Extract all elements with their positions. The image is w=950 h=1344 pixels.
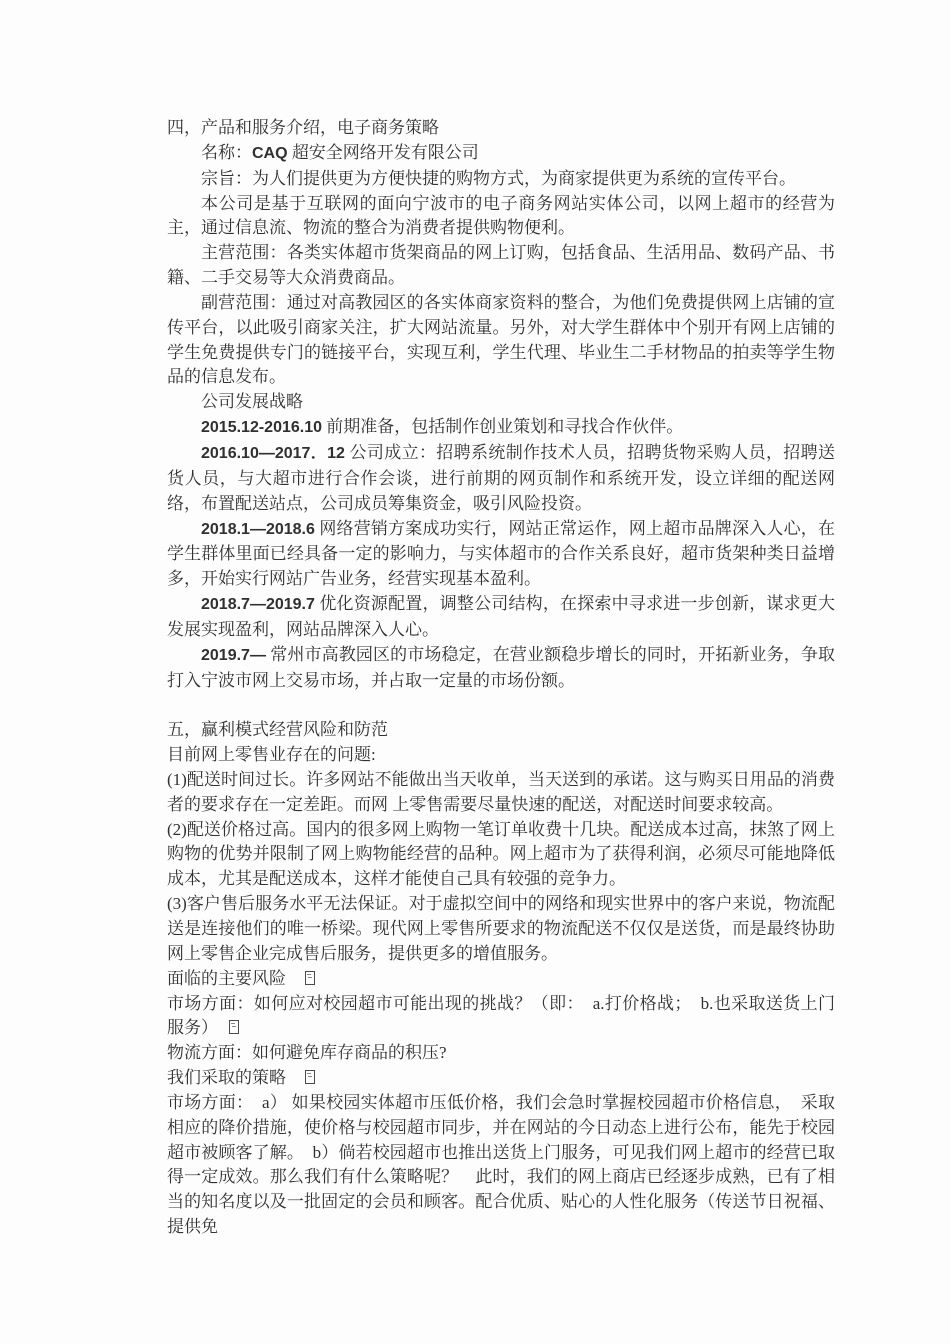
market-risk-paragraph: 市场方面：如何应对校园超市可能出现的挑战？（即： a.打价格战； b.也采取送货… <box>167 992 835 1042</box>
text-run: 2018.1—2018.6 <box>201 521 315 538</box>
document-body: 四，产品和服务介绍，电子商务策略名称：CAQ 超安全网络开发有限公司宗旨：为人们… <box>167 116 835 1240</box>
side-business-paragraph: 副营范围：通过对高教园区的各实体商家资料的整合，为他们免费提供网上店铺的宣传平台… <box>167 291 835 390</box>
milestone-2018a-paragraph: 2018.1—2018.6 网络营销方案成功实行，网站正常运作，网上超市品牌深入… <box>167 517 835 593</box>
main-business-paragraph: 主营范围：各类实体超市货架商品的网上订购，包括食品、生活用品、数码产品、书籍、二… <box>167 241 835 291</box>
our-strategy-subheading: 我们采取的策略 <box>167 1066 835 1091</box>
missing-char-box-icon <box>305 1070 315 1084</box>
milestone-2019-paragraph: 2019.7— 常州市高教园区的市场稳定，在营业额稳步增长的同时，开拓新业务，争… <box>167 643 835 694</box>
milestone-2015-paragraph: 2015.12-2016.10 前期准备，包括制作创业策划和寻找合作伙伴。 <box>167 415 835 441</box>
blank-line <box>167 693 835 718</box>
company-name-line: 名称：CAQ 超安全网络开发有限公司 <box>167 141 835 167</box>
text-run: (1)配送时间过长。许多网站不能做出当天收单，当天送到的承诺。这与购买日用品的消… <box>167 770 835 814</box>
text-run: 本公司是基于互联网的面向宁波市的电子商务网站实体公司，以网上超市的经营为主，通过… <box>167 194 835 238</box>
text-run: 前期准备，包括制作创业策划和寻找合作伙伴。 <box>322 417 683 436</box>
problems-intro-line: 目前网上零售业存在的问题: <box>167 743 835 768</box>
section-5-heading: 五，赢利模式经营风险和防范 <box>167 718 835 743</box>
text-run: 常州市高教园区的市场稳定，在营业额稳步增长的同时，开拓新业务，争取打入宁波市网上… <box>167 645 835 690</box>
text-run: 主营范围：各类实体超市货架商品的网上订购，包括食品、生活用品、数码产品、书籍、二… <box>167 243 835 287</box>
market-strategy-paragraph: 市场方面： a） 如果校园实体超市压低价格，我们会急时掌握校园超市价格信息， 采… <box>167 1091 835 1240</box>
text-run: 2015.12-2016.10 <box>201 419 322 436</box>
text-run: 副营范围：通过对高教园区的各实体商家资料的整合，为他们免费提供网上店铺的宣传平台… <box>167 293 835 387</box>
text-run: 市场方面： a） 如果校园实体超市压低价格，我们会急时掌握校园超市价格信息， 采… <box>167 1093 839 1236</box>
company-intro-paragraph: 本公司是基于互联网的面向宁波市的电子商务网站实体公司，以网上超市的经营为主，通过… <box>167 192 835 242</box>
text-run: (2)配送价格过高。国内的很多网上购物一笔订单收费十几块。配送成本过高，抹煞了网… <box>167 820 835 889</box>
problem-1-paragraph: (1)配送时间过长。许多网站不能做出当天收单，当天送到的承诺。这与购买日用品的消… <box>167 768 835 818</box>
milestone-2018b-paragraph: 2018.7—2019.7 优化资源配置，调整公司结构，在探索中寻求进一步创新，… <box>167 592 835 643</box>
text-run: 超安全网络开发有限公司 <box>288 143 479 162</box>
text-run: 物流方面：如何避免库存商品的积压? <box>167 1043 447 1062</box>
missing-char-box-icon <box>229 1020 239 1034</box>
document-page: 四，产品和服务介绍，电子商务策略名称：CAQ 超安全网络开发有限公司宗旨：为人们… <box>0 0 950 1344</box>
problem-3-paragraph: (3)客户售后服务水平无法保证。对于虚拟空间中的网络和现实世界中的客户来说，物流… <box>167 892 835 967</box>
text-run: CAQ <box>252 145 288 162</box>
text-run: 2018.7—2019.7 <box>201 596 315 613</box>
text-run: 我们采取的策略 <box>167 1068 303 1087</box>
text-run: 2016.10—2017．12 <box>201 445 345 462</box>
text-run: 面临的主要风险 <box>167 969 303 988</box>
text-run: 2019.7— <box>201 647 266 664</box>
missing-char-box-icon <box>305 971 315 985</box>
logistics-risk-line: 物流方面：如何避免库存商品的积压? <box>167 1041 835 1066</box>
company-mission-line: 宗旨：为人们提供更为方便快捷的购物方式，为商家提供更为系统的宣传平台。 <box>167 167 835 192</box>
problem-2-paragraph: (2)配送价格过高。国内的很多网上购物一笔订单收费十几块。配送成本过高，抹煞了网… <box>167 818 835 893</box>
text-run: 五，赢利模式经营风险和防范 <box>167 720 388 739</box>
text-run: (3)客户售后服务水平无法保证。对于虚拟空间中的网络和现实世界中的客户来说，物流… <box>167 894 835 963</box>
text-run: 宗旨：为人们提供更为方便快捷的购物方式，为商家提供更为系统的宣传平台。 <box>201 169 796 188</box>
risks-subheading: 面临的主要风险 <box>167 967 835 992</box>
milestone-2016-paragraph: 2016.10—2017．12 公司成立：招聘系统制作技术人员，招聘货物采购人员… <box>167 441 835 517</box>
text-run: 市场方面：如何应对校园超市可能出现的挑战？（即： a.打价格战； b.也采取送货… <box>167 994 835 1038</box>
text-run: 公司发展战略 <box>201 392 303 411</box>
section-4-heading: 四，产品和服务介绍，电子商务策略 <box>167 116 835 141</box>
strategy-subheading: 公司发展战略 <box>167 390 835 415</box>
text-run: 四，产品和服务介绍，电子商务策略 <box>167 118 439 137</box>
text-run: 目前网上零售业存在的问题: <box>167 745 376 764</box>
text-run: 名称： <box>201 143 252 162</box>
